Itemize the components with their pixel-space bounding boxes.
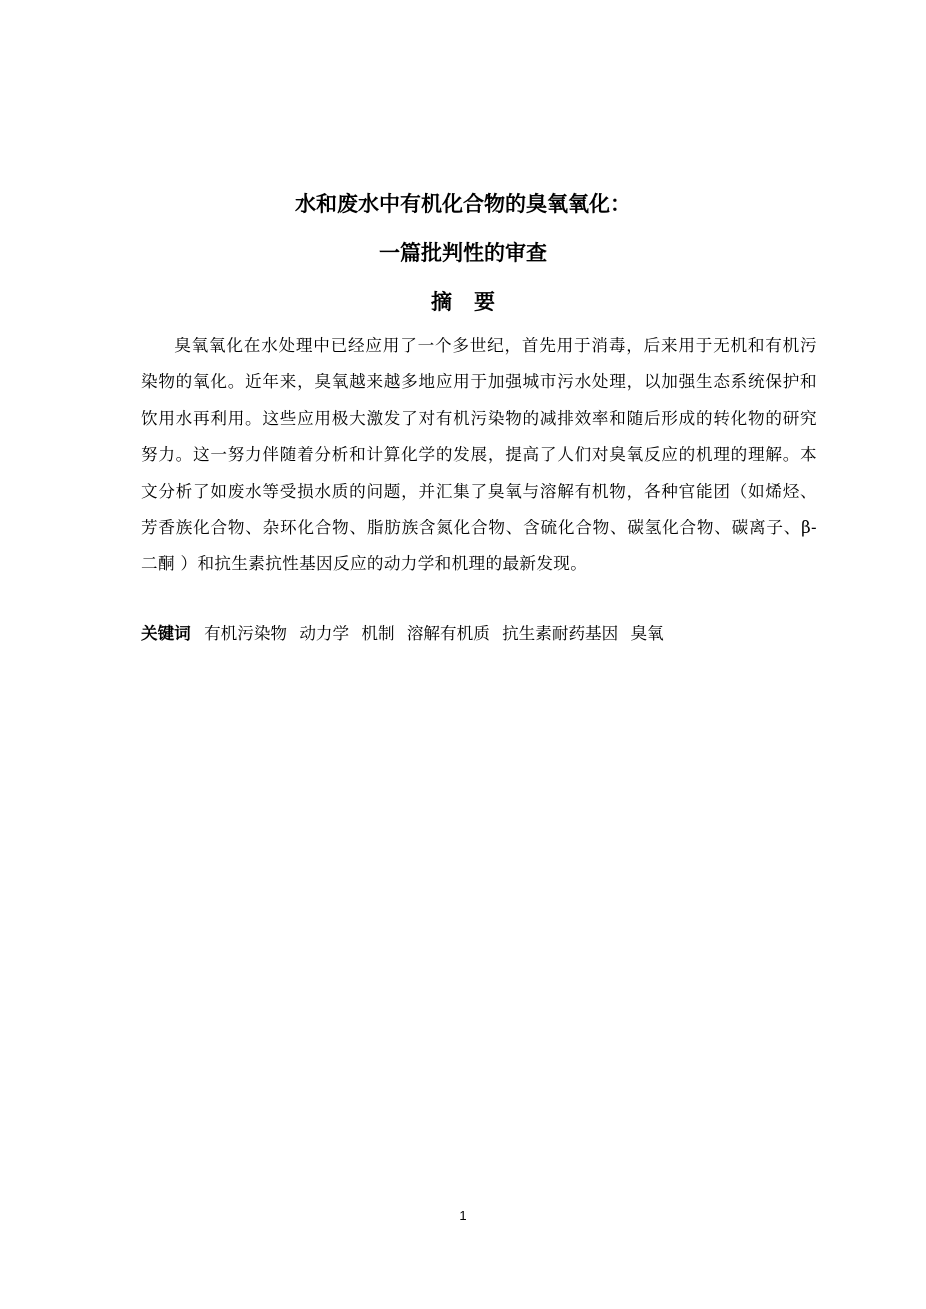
title-line-1: 水和废水中有机化合物的臭氧氧化： [0,188,926,218]
keyword-item: 抗生素耐药基因 [502,624,618,643]
keyword-item: 机制 [361,624,394,643]
abstract-heading: 摘要 [0,286,926,316]
abstract-heading-part2: 要 [474,290,495,314]
document-page: 水和废水中有机化合物的臭氧氧化： 一篇批判性的审查 摘要 臭氧氧化在水处理中已经… [0,0,926,1309]
page-number: 1 [0,1208,926,1223]
keyword-item: 有机污染物 [204,624,287,643]
keywords-line: 关键词 有机污染物 动力学 机制 溶解有机质 抗生素耐药基因 臭氧 [141,619,817,649]
abstract-paragraph: 臭氧氧化在水处理中已经应用了一个多世纪，首先用于消毒，后来用于无机和有机污染物的… [141,328,817,583]
keyword-item: 臭氧 [631,624,664,643]
keywords-label: 关键词 [141,624,191,643]
abstract-heading-part1: 摘 [431,290,452,314]
title-line-2: 一篇批判性的审查 [0,237,926,267]
keyword-item: 动力学 [299,624,349,643]
keyword-item: 溶解有机质 [407,624,490,643]
